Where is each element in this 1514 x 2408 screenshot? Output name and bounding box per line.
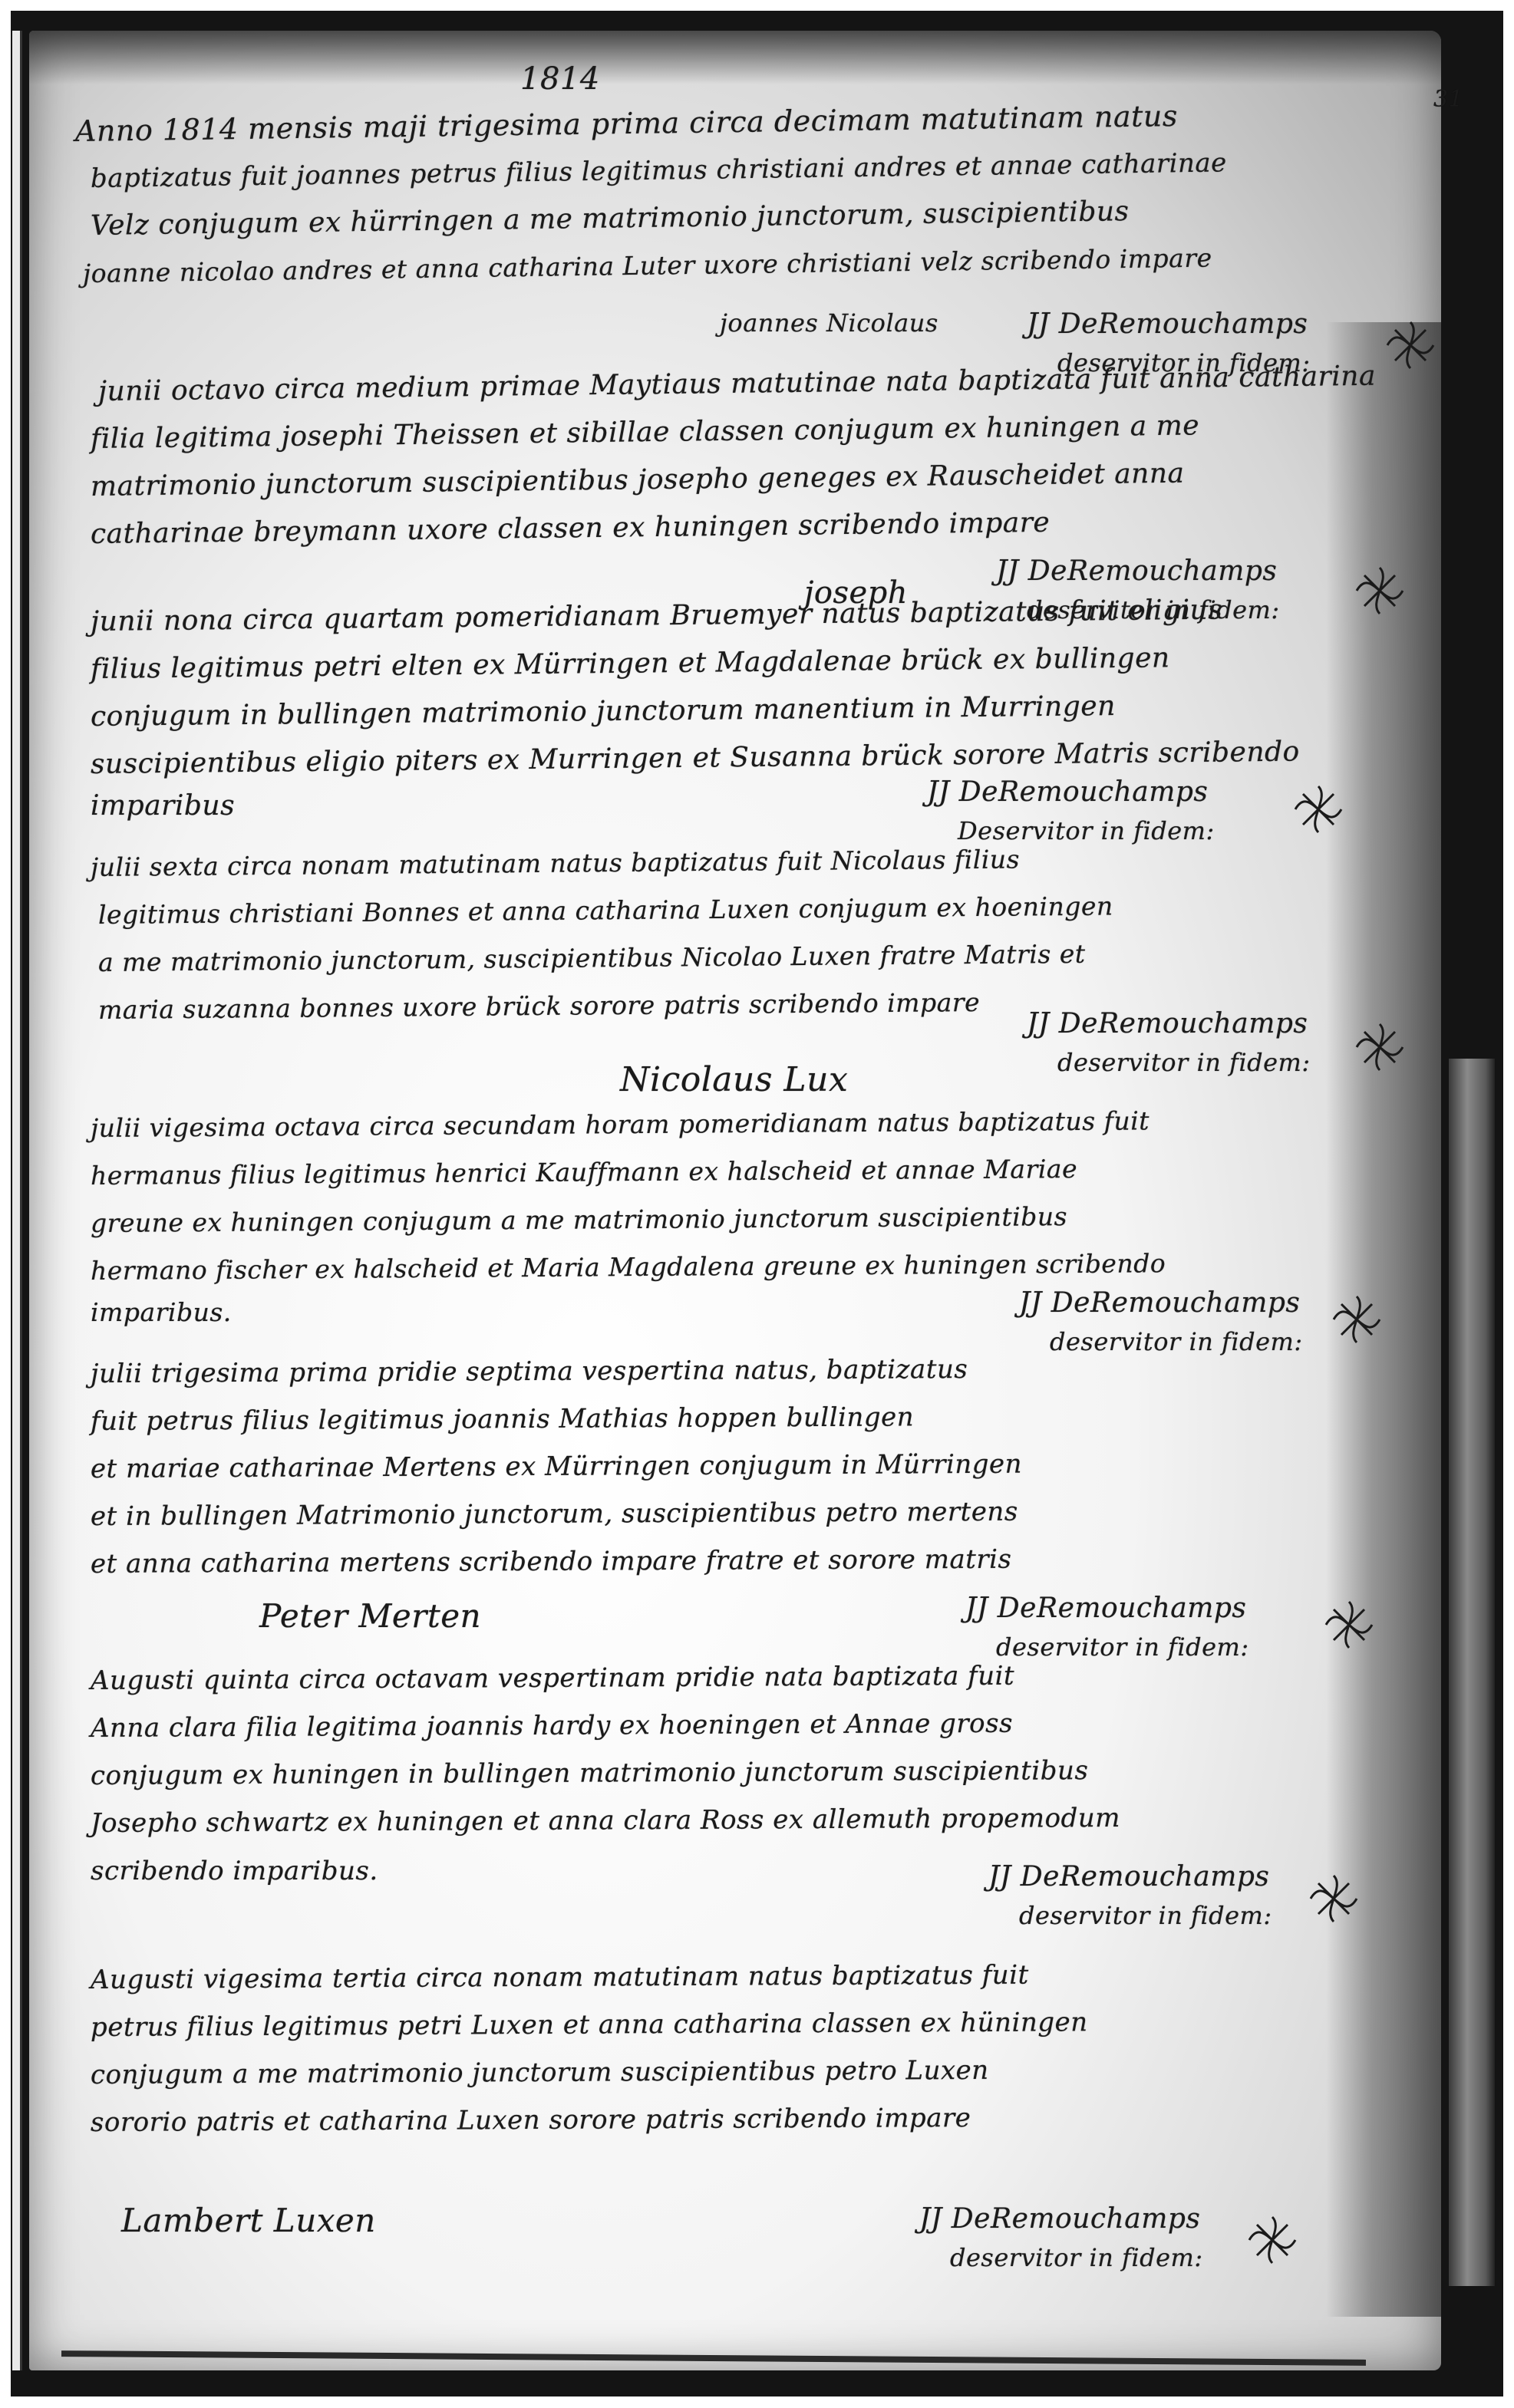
signature-flourish-icon [1303, 1868, 1364, 1929]
priest-signature: JJ DeRemouchamps deservitor in fidem: [919, 2200, 1203, 2277]
entry-line: conjugum ex huningen in bullingen matrim… [91, 1747, 1089, 1800]
priest-name: JJ DeRemouchamps [988, 1861, 1269, 1892]
entry-line: et anna catharina mertens scribendo impa… [91, 1536, 1012, 1588]
entry-line: Augusti quinta circa octavam vespertinam… [91, 1652, 1014, 1705]
next-page-edge [1449, 1059, 1495, 2286]
signature-flourish-icon [1318, 1594, 1380, 1655]
entry-line: imparibus [91, 782, 235, 830]
priest-title: deservitor in fidem: [988, 1896, 1272, 1935]
entry-line: a me matrimonio junctorum, suscipientibu… [98, 931, 1086, 987]
entry-line: greune ex huningen conjugum a me matrimo… [91, 1193, 1067, 1247]
entry-line: petrus filius legitimus petri Luxen et a… [91, 1998, 1088, 2051]
witness-signature: joannes Nicolaus [720, 308, 938, 338]
entry-line: et mariae catharinae Mertens ex Mürringe… [91, 1441, 1022, 1493]
entry-line: hermanus filius legitimus henrici Kauffm… [91, 1145, 1077, 1200]
entry-line: conjugum a me matrimonio junctorum susci… [91, 2047, 989, 2099]
witness-signature: Lambert Luxen [121, 2202, 376, 2239]
signature-flourish-icon [1380, 315, 1441, 376]
priest-name: JJ DeRemouchamps [1027, 308, 1308, 340]
signature-flourish-icon [1326, 1289, 1387, 1350]
entry-line: Augusti vigesima tertia circa nonam matu… [91, 1952, 1029, 2004]
page-top-shadow [29, 31, 1441, 84]
entry-line: julii trigesima prima pridie septima ves… [91, 1346, 968, 1398]
priest-name: JJ DeRemouchamps [927, 776, 1208, 808]
entry-line: fuit petrus filius legitimus joannis Mat… [91, 1393, 914, 1445]
entry-line: Josepho schwartz ex huningen et anna cla… [91, 1794, 1120, 1847]
priest-signature: JJ DeRemouchamps deservitor in fidem: [1027, 1005, 1311, 1082]
priest-name: JJ DeRemouchamps [919, 2203, 1200, 2235]
entry-line: et in bullingen Matrimonio junctorum, su… [91, 1488, 1018, 1540]
signature-flourish-icon [1242, 2209, 1303, 2271]
signature-flourish-icon [1349, 560, 1410, 621]
signature-flourish-icon [1288, 779, 1349, 840]
priest-title: deservitor in fidem: [1027, 1043, 1311, 1082]
year-header: 1814 [520, 61, 600, 97]
priest-name: JJ DeRemouchamps [965, 1593, 1246, 1624]
priest-signature: JJ DeRemouchamps deservitor in fidem: [988, 1858, 1272, 1935]
witness-signature: Peter Merten [259, 1597, 481, 1635]
priest-signature: JJ DeRemouchamps deservitor in fidem: [1019, 1284, 1303, 1361]
priest-title: deservitor in fidem: [1019, 1323, 1303, 1361]
priest-name: JJ DeRemouchamps [996, 555, 1277, 587]
entry-line: scribendo imparibus. [91, 1847, 378, 1895]
entry-line: Anna clara filia legitima joannis hardy … [91, 1700, 1013, 1752]
binding-edge [12, 31, 22, 2370]
entry-line: maria suzanna bonnes uxore brück sorore … [98, 979, 981, 1034]
entry-line: hermano fischer ex halscheid et Maria Ma… [91, 1240, 1166, 1295]
register-page: 1814 31 Anno 1814 mensis maji trigesima … [29, 31, 1441, 2370]
signature-flourish-icon [1349, 1016, 1410, 1078]
priest-name: JJ DeRemouchamps [1019, 1287, 1300, 1319]
entry-line: legitimus christiani Bonnes et anna cath… [98, 882, 1113, 939]
entry-line: sororio patris et catharina Luxen sorore… [91, 2094, 971, 2146]
entry-line: julii sexta circa nonam matutinam natus … [91, 835, 1021, 891]
priest-title: deservitor in fidem: [919, 2238, 1203, 2277]
page-number: 31 [1433, 86, 1463, 113]
entry-line: imparibus. [91, 1289, 232, 1336]
priest-name: JJ DeRemouchamps [1027, 1008, 1308, 1039]
entry-line: julii vigesima octava circa secundam hor… [91, 1097, 1150, 1152]
witness-signature: Nicolaus Lux [620, 1060, 848, 1099]
